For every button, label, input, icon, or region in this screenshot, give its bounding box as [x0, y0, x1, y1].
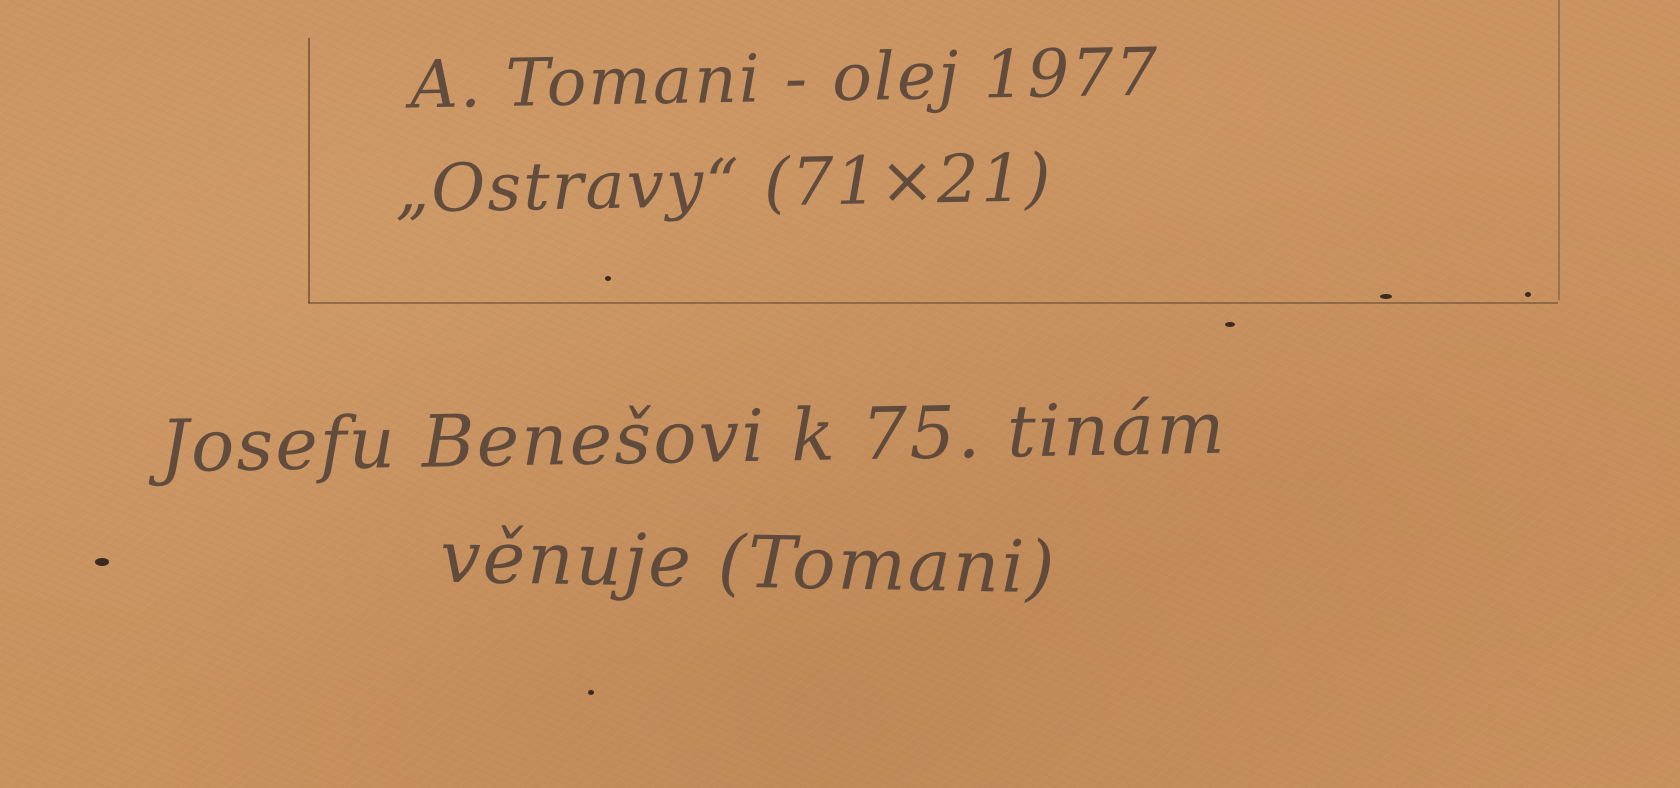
stain-speck: [1225, 322, 1235, 327]
inscription-artist-medium-year: A. Tomani - olej 1977: [409, 33, 1160, 123]
pencil-box-right-line: [1558, 0, 1560, 300]
stain-speck: [1380, 294, 1392, 299]
stain-speck: [95, 558, 109, 566]
pencil-box-left-line: [308, 38, 310, 303]
pencil-box-bottom-line: [308, 302, 1558, 304]
inscription-title-dimensions: „Ostravy“ (71×21): [394, 139, 1053, 227]
stain-speck: [1525, 292, 1531, 297]
stain-speck: [588, 690, 594, 695]
inscription-signature: věnuje (Tomani): [439, 515, 1057, 610]
stain-speck: [605, 276, 611, 281]
